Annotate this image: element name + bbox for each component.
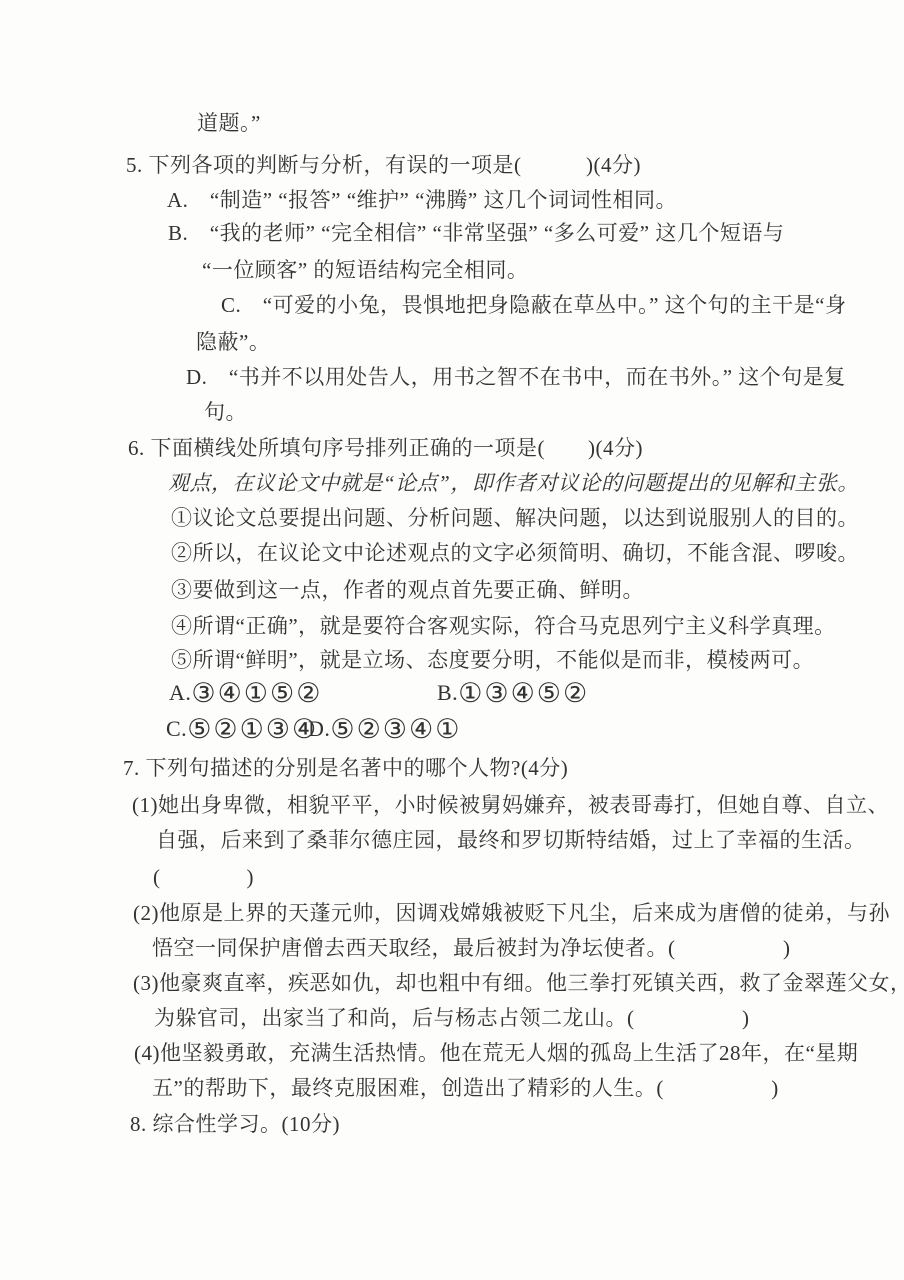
q5-option-b-line1: B. “我的老师” “完全相信” “非常坚强” “多么可爱” 这几个短语与 [168,217,784,249]
q7-item1-line1: (1)她出身卑微，相貌平平，小时候被舅妈嫌弃，被表哥毒打，但她自尊、自立、 [132,789,889,821]
q6-answer-option-b: B.①③④⑤② [437,675,589,711]
q7-item1-line2: 自强，后来到了桑菲尔德庄园，最终和罗切斯特结婚，过上了幸福的生活。 [156,824,866,856]
q6-sentence-5: ⑤所谓“鲜明”，就是立场、态度要分明，不能似是而非，模棱两可。 [171,644,814,676]
q7-item1-answer-blank: ( ) [153,861,254,893]
q6-answer-option-b-sequence: ①③④⑤② [458,678,589,708]
q6-answer-option-d: D.⑤②③④① [308,711,461,747]
q5-option-d-line2: 句。 [204,396,247,428]
q7-item2-line1: (2)他原是上界的天蓬元帅，因调戏嫦娥被贬下凡尘，后来成为唐僧的徒弟，与孙 [133,897,890,929]
q6-lead-sentence: 观点，在议论文中就是“论点”，即作者对议论的问题提出的见解和主张。 [168,467,859,499]
q5-option-c-line1: C. “可爱的小兔，畏惧地把身隐蔽在草丛中。” 这个句的主干是“身 [221,289,846,321]
q7-item4-line1: (4)他坚毅勇敢，充满生活热情。他在荒无人烟的孤岛上生活了28年，在“星期 [134,1037,858,1069]
q7-stem: 7. 下列句描述的分别是名著中的哪个人物?(4分) [123,752,568,784]
q6-answer-option-a: A.③④①⑤② [169,681,322,705]
q6-answer-option-d-sequence: ⑤②③④① [330,714,461,744]
q5-option-b-line2: “一位顾客” 的短语结构完全相同。 [202,254,528,286]
q7-item3-line2: 为躲官司，出家当了和尚，后与杨志占领二龙山。( ) [154,1002,749,1034]
q6-answer-option-a-label: A. [169,680,191,705]
q7-item4-line2: 五”的帮助下，最终克服困难，创造出了精彩的人生。( ) [152,1072,779,1104]
q6-answer-row-2: C.⑤②①③④ D.⑤②③④① [166,711,318,747]
q6-sentence-2: ②所以，在议论文中论述观点的文字必须简明、确切，不能含混、啰唆。 [171,537,859,569]
q6-answer-row-1: A.③④①⑤② B.①③④⑤② [169,675,322,711]
q5-option-d-line1: D. “书并不以用处告人，用书之智不在书中，而在书外。” 这个句是复 [186,361,846,393]
q6-sentence-1: ①议论文总要提出问题、分析问题、解决问题，以达到说服别人的目的。 [171,502,859,534]
q7-item3-line1: (3)他豪爽直率，疾恶如仇，却也粗中有细。他三拳打死镇关西，救了金翠莲父女， [133,967,904,999]
q6-sentence-4: ④所谓“正确”，就是要符合客观实际，符合马克思列宁主义科学真理。 [171,610,836,642]
q7-item2-line2: 悟空一同保护唐僧去西天取经，最后被封为净坛使者。( ) [152,932,790,964]
q6-stem: 6. 下面横线处所填句序号排列正确的一项是( )(4分) [128,432,643,464]
q6-answer-option-a-sequence: ③④①⑤② [191,678,322,708]
q6-answer-option-b-label: B. [437,680,458,705]
previous-answer-tail: 道题。” [197,107,261,139]
q6-answer-option-c-sequence: ⑤②①③④ [187,714,318,744]
q5-stem: 5. 下列各项的判断与分析，有误的一项是( )(4分) [126,149,641,181]
q6-sentence-3: ③要做到这一点，作者的观点首先要正确、鲜明。 [171,574,644,606]
exam-paper-page: 道题。” 5. 下列各项的判断与分析，有误的一项是( )(4分) A. “制造”… [0,0,904,1280]
q6-answer-option-d-label: D. [308,716,330,741]
q6-answer-option-c: C.⑤②①③④ [166,717,318,741]
q8-stem: 8. 综合性学习。(10分) [130,1108,340,1140]
q5-option-a: A. “制造” “报答” “维护” “沸腾” 这几个词词性相同。 [167,184,677,216]
q6-answer-option-c-label: C. [166,716,187,741]
q5-option-c-line2: 隐蔽”。 [196,326,270,358]
